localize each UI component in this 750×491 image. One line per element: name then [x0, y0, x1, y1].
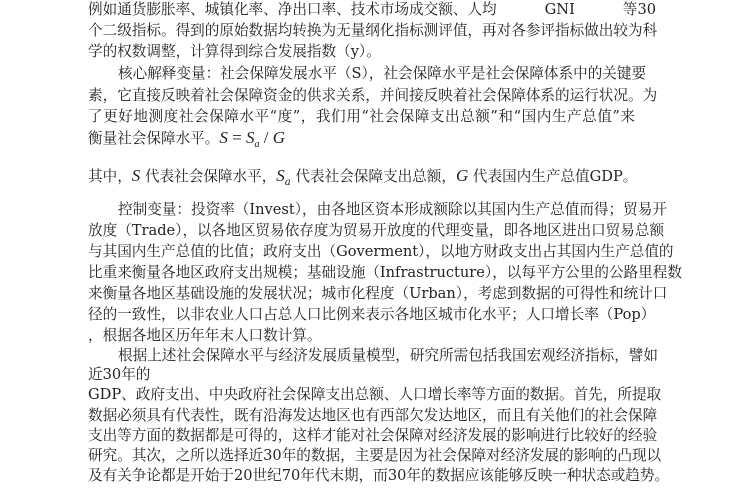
- para1-line3: 学的权数调整，计算得到综合发展指数（y）。: [88, 42, 635, 62]
- para5-line5: 支出等方面的数据都是可得的，这样才能对社会保障对经济发展的影响进行比较好的经验: [88, 426, 635, 446]
- var-sa-subscript: a: [285, 177, 291, 188]
- para5-line4: 数据必须具有代表性，既有沿海发达地区也有西部欠发达地区，而且有关他们的社会保障: [88, 406, 635, 426]
- para1-count: 等30: [623, 1, 656, 18]
- para5-line1: 根据上述社会保障水平与经济发展质量模型，研究所需包括我国宏观经济指标，譬如: [118, 346, 635, 366]
- para4-line1: 控制变量：投资率（Invest），由各地区资本形成额除以其国内生产总值而得；贸易…: [118, 200, 635, 220]
- var-s: S: [132, 166, 141, 185]
- formula-lhs: S: [219, 128, 228, 147]
- formula-div: /: [259, 128, 272, 147]
- para4-line4: 比重来衡量各地区政府支出规模；基础设施（Infrastructure），以每平方…: [88, 263, 635, 283]
- para1-text: 例如通货膨胀率、城镇化率、净出口率、技术市场成交额、人均: [88, 1, 497, 18]
- para4-line7: ，根据各地区历年年末人口数计算。: [88, 326, 635, 346]
- para2-line2: 素，它直接反映着社会保障资金的供求关系，并间接反映着社会保障体系的运行状况。为: [88, 86, 635, 106]
- formula-denominator: G: [273, 128, 285, 147]
- var-g: G: [456, 166, 468, 185]
- para3-text3: 代表国内生产总值GDP。: [473, 168, 638, 185]
- para1-line1: 例如通货膨胀率、城镇化率、净出口率、技术市场成交额、人均GNI等30: [88, 0, 635, 20]
- para5-line3: GDP、政府支出、中央政府社会保障支出总额、人口增长率等方面的数据。首先，所提取: [88, 385, 635, 405]
- para5-line7: 及有关争论都是开始于20世纪70年代末期，而30年的数据应该能够反映一种状态或趋…: [88, 466, 635, 486]
- para3-text2: 代表社会保障支出总额，: [295, 168, 456, 185]
- para1-line2: 个二级指标。得到的原始数据均转换为无量纲化指标测评值，再对各参评指标做出较为科: [88, 21, 635, 41]
- formula: S = Sa / G: [219, 128, 285, 147]
- para4-line2: 放度（Trade），以各地区贸易依存度为贸易开放度的代理变量，即各地区进出口贸易…: [88, 221, 635, 241]
- document-page: 例如通货膨胀率、城镇化率、净出口率、技术市场成交额、人均GNI等30 个二级指标…: [0, 0, 750, 491]
- formula-eq: =: [228, 128, 246, 147]
- para3-prefix: 其中，: [88, 168, 132, 185]
- para2-line1: 核心解释变量：社会保障发展水平（S），社会保障水平是社会保障体系中的关键要: [118, 64, 635, 84]
- gni-term: GNI: [545, 1, 575, 18]
- para2-line4: 衡量社会保障水平。S = Sa / G: [88, 128, 635, 155]
- para5-line2: 近30年的: [88, 365, 635, 385]
- para2-line4-text: 衡量社会保障水平。: [88, 130, 219, 147]
- para4-line5: 来衡量各地区基础设施的发展状况；城市化程度（Urban），考虑到数据的可得性和统…: [88, 284, 635, 304]
- para2-line3: 了更好地测度社会保障水平“度”，我们用“社会保障支出总额”和“国内生产总值”来: [88, 107, 635, 127]
- var-sa: S: [276, 166, 285, 185]
- para4-line3: 与其国内生产总值的比值；政府支出（Goverment），以地方财政支出占其国内生…: [88, 242, 635, 262]
- para3-line1: 其中，S 代表社会保障水平，Sa 代表社会保障支出总额，G 代表国内生产总值GD…: [88, 166, 635, 193]
- para4-line6: 径的一致性，以非农业人口占总人口比例来表示各地区城市化水平；人口增长率（Pop）: [88, 305, 635, 325]
- para5-line6: 研究。其次，之所以选择近30年的数据，主要是因为社会保障对经济发展的影响的凸现以: [88, 446, 635, 466]
- para3-text1: 代表社会保障水平，: [145, 168, 276, 185]
